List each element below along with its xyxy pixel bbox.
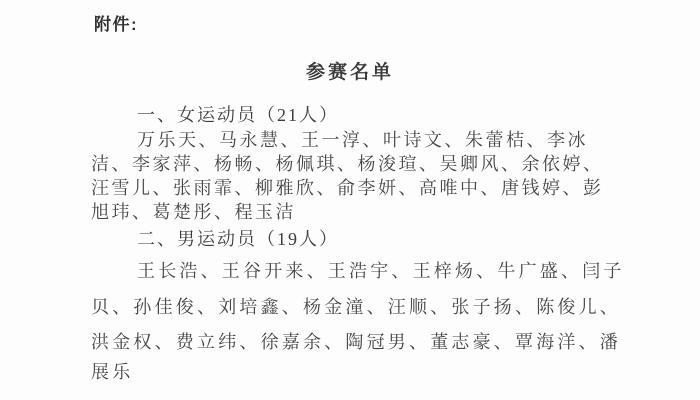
document-page: 附件: 参赛名单 一、女运动员（21人） 万乐天、马永慧、王一淳、叶诗文、朱蕾桔… [0,0,700,400]
male-names-line-1: 王长浩、王谷开来、王浩宇、王梓炀、牛广盛、闫子 [137,261,625,281]
document-title: 参赛名单 [0,57,700,84]
female-names-line-1: 万乐天、马永慧、王一淳、叶诗文、朱蕾桔、李冰 [137,130,588,150]
section-heading-male-athletes: 二、男运动员（19人） [137,229,339,249]
male-names-line-2: 贝、孙佳俊、刘培鑫、杨金潼、汪顺、张子扬、陈俊儿、 [91,297,621,317]
female-names-line-4: 旭玮、葛楚彤、程玉洁 [91,202,296,222]
section-heading-female-athletes: 一、女运动员（21人） [137,105,339,125]
female-names-line-3: 汪雪儿、张雨霏、柳雅欣、俞李妍、高唯中、唐钱婷、彭 [91,178,604,198]
male-names-line-4: 展乐 [91,362,133,382]
male-names-line-3: 洪金权、费立纬、徐嘉余、陶冠男、董志豪、覃海洋、潘 [91,332,621,352]
attachment-label: 附件: [94,10,138,35]
female-names-line-2: 洁、李家萍、杨畅、杨佩琪、杨浚瑄、吴卿风、余依婷、 [91,154,604,174]
